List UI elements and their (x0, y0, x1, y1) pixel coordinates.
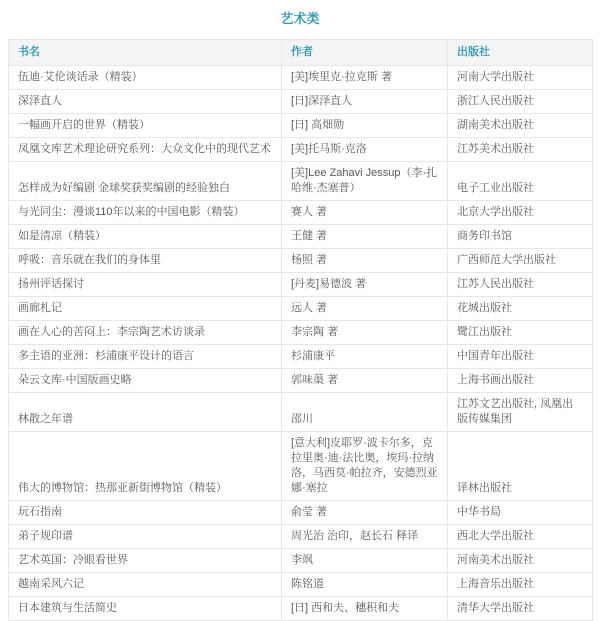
table-row: 凤凰文库艺术理论研究系列：大众文化中的现代艺术 [美]托马斯·克洛 江苏美术出版… (9, 138, 593, 162)
table-row: 如是清凉（精装） 王健 著 商务印书馆 (9, 225, 593, 249)
table-row: 伟大的博物馆：热那亚新街博物馆（精装） [意大利]皮耶罗·波卡尔多，克拉里奥·迪… (9, 432, 593, 501)
book-title-cell: 越南采风六记 (9, 573, 282, 597)
book-title-cell: 艺术英国：冷眼看世界 (9, 549, 282, 573)
publisher-cell: 译林出版社 (448, 432, 593, 501)
book-table-body: 伍迪·艾伦谈话录（精装） [美]埃里克·拉克斯 著 河南大学出版社 深泽直人 [… (9, 66, 593, 621)
author-cell: 远人 著 (282, 297, 448, 321)
author-cell: [日] 西和夫、穗积和夫 (282, 597, 448, 621)
publisher-cell: 上海音乐出版社 (448, 573, 593, 597)
author-cell: 周光治 治印，赵长石 释译 (282, 525, 448, 549)
book-title-cell: 伟大的博物馆：热那亚新街博物馆（精装） (9, 432, 282, 501)
book-title-cell: 呼吸：音乐就在我们的身体里 (9, 249, 282, 273)
publisher-cell: 江苏人民出版社 (448, 273, 593, 297)
table-row: 多主语的亚洲：杉浦康平设计的语言 杉浦康平 中国青年出版社 (9, 345, 593, 369)
author-cell: 杨照 著 (282, 249, 448, 273)
author-cell: 李飒 (282, 549, 448, 573)
publisher-cell: 中国青年出版社 (448, 345, 593, 369)
table-row: 弟子规印谱 周光治 治印，赵长石 释译 西北大学出版社 (9, 525, 593, 549)
author-cell: 俞莹 著 (282, 501, 448, 525)
table-row: 一幅画开启的世界（精装） [日] 高畑勋 湖南美术出版社 (9, 114, 593, 138)
publisher-cell: 清华大学出版社 (448, 597, 593, 621)
book-title-cell: 凤凰文库艺术理论研究系列：大众文化中的现代艺术 (9, 138, 282, 162)
book-title-cell: 怎样成为好编剧 金球奖获奖编剧的经验独白 (9, 162, 282, 201)
publisher-cell: 浙江人民出版社 (448, 90, 593, 114)
publisher-cell: 湖南美术出版社 (448, 114, 593, 138)
author-cell: [美]Lee Zahavi Jessup（李·扎哈维·杰塞普） (282, 162, 448, 201)
table-row: 与光同尘：漫谈110年以来的中国电影（精装） 赛人 著 北京大学出版社 (9, 201, 593, 225)
author-cell: 郭味蕖 著 (282, 369, 448, 393)
publisher-cell: 北京大学出版社 (448, 201, 593, 225)
table-row: 扬州评话探讨 [丹麦]易德波 著 江苏人民出版社 (9, 273, 593, 297)
book-title-cell: 玩石指南 (9, 501, 282, 525)
author-cell: [日] 高畑勋 (282, 114, 448, 138)
table-row: 艺术英国：冷眼看世界 李飒 河南美术出版社 (9, 549, 593, 573)
author-cell: 杉浦康平 (282, 345, 448, 369)
header-row: 书名 作者 出版社 (9, 40, 593, 66)
publisher-cell: 河南大学出版社 (448, 66, 593, 90)
author-cell: [日]深泽直人 (282, 90, 448, 114)
author-cell: 李宗陶 著 (282, 321, 448, 345)
author-cell: 陈铭道 (282, 573, 448, 597)
author-cell: [意大利]皮耶罗·波卡尔多，克拉里奥·迪·法比奥，埃玛·拉纳洛，马西莫·帕拉齐，… (282, 432, 448, 501)
page: 艺术类 书名 作者 出版社 伍迪·艾伦谈话录（精装） [美]埃里克·拉克斯 著 … (0, 0, 600, 621)
book-title-cell: 深泽直人 (9, 90, 282, 114)
table-row: 朵云文库·中国版画史略 郭味蕖 著 上海书画出版社 (9, 369, 593, 393)
column-header-author: 作者 (282, 40, 448, 66)
publisher-cell: 广西师范大学出版社 (448, 249, 593, 273)
table-row: 玩石指南 俞莹 著 中华书局 (9, 501, 593, 525)
author-cell: [美]埃里克·拉克斯 著 (282, 66, 448, 90)
book-table: 书名 作者 出版社 伍迪·艾伦谈话录（精装） [美]埃里克·拉克斯 著 河南大学… (8, 39, 593, 621)
book-title-cell: 弟子规印谱 (9, 525, 282, 549)
table-row: 日本建筑与生活简史 [日] 西和夫、穗积和夫 清华大学出版社 (9, 597, 593, 621)
table-row: 深泽直人 [日]深泽直人 浙江人民出版社 (9, 90, 593, 114)
table-row: 画廊札记 远人 著 花城出版社 (9, 297, 593, 321)
book-title-cell: 画在人心的苦闷上：李宗陶艺术访谈录 (9, 321, 282, 345)
book-title-cell: 一幅画开启的世界（精装） (9, 114, 282, 138)
book-title-cell: 如是清凉（精装） (9, 225, 282, 249)
book-title-cell: 日本建筑与生活简史 (9, 597, 282, 621)
author-cell: [美]托马斯·克洛 (282, 138, 448, 162)
publisher-cell: 河南美术出版社 (448, 549, 593, 573)
table-row: 伍迪·艾伦谈话录（精装） [美]埃里克·拉克斯 著 河南大学出版社 (9, 66, 593, 90)
table-row: 林散之年谱 邵川 江苏文艺出版社, 凤凰出版传媒集团 (9, 393, 593, 432)
table-row: 画在人心的苦闷上：李宗陶艺术访谈录 李宗陶 著 鹭江出版社 (9, 321, 593, 345)
table-row: 怎样成为好编剧 金球奖获奖编剧的经验独白 [美]Lee Zahavi Jessu… (9, 162, 593, 201)
column-header-publisher: 出版社 (448, 40, 593, 66)
book-title-cell: 多主语的亚洲：杉浦康平设计的语言 (9, 345, 282, 369)
book-title-cell: 朵云文库·中国版画史略 (9, 369, 282, 393)
publisher-cell: 江苏美术出版社 (448, 138, 593, 162)
publisher-cell: 花城出版社 (448, 297, 593, 321)
author-cell: 邵川 (282, 393, 448, 432)
author-cell: 王健 著 (282, 225, 448, 249)
publisher-cell: 西北大学出版社 (448, 525, 593, 549)
book-title-cell: 画廊札记 (9, 297, 282, 321)
table-row: 呼吸：音乐就在我们的身体里 杨照 著 广西师范大学出版社 (9, 249, 593, 273)
book-title-cell: 与光同尘：漫谈110年以来的中国电影（精装） (9, 201, 282, 225)
publisher-cell: 上海书画出版社 (448, 369, 593, 393)
author-cell: 赛人 著 (282, 201, 448, 225)
author-cell: [丹麦]易德波 著 (282, 273, 448, 297)
column-header-book-title: 书名 (9, 40, 282, 66)
publisher-cell: 商务印书馆 (448, 225, 593, 249)
book-title-cell: 扬州评话探讨 (9, 273, 282, 297)
table-row: 越南采风六记 陈铭道 上海音乐出版社 (9, 573, 593, 597)
publisher-cell: 江苏文艺出版社, 凤凰出版传媒集团 (448, 393, 593, 432)
publisher-cell: 中华书局 (448, 501, 593, 525)
publisher-cell: 电子工业出版社 (448, 162, 593, 201)
book-title-cell: 林散之年谱 (9, 393, 282, 432)
book-title-cell: 伍迪·艾伦谈话录（精装） (9, 66, 282, 90)
page-title: 艺术类 (0, 0, 600, 39)
publisher-cell: 鹭江出版社 (448, 321, 593, 345)
